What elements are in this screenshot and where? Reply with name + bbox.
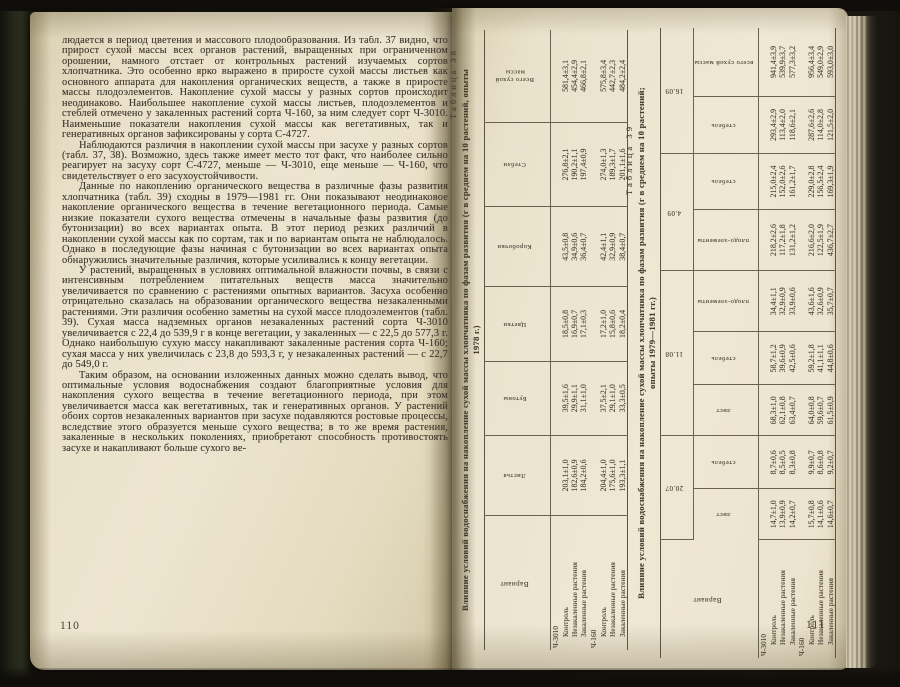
table-cell: 161,2±1,7 [788, 153, 797, 209]
table-row: Контроль14,7±1,08,7±0,668,3±1,058,7±1,23… [769, 28, 778, 658]
table-cell [758, 96, 769, 153]
table-39-title: Влияние условий водоснабжения на накопле… [636, 86, 658, 600]
table-cell: 9,9±0,7 [807, 436, 816, 489]
table-cell [758, 210, 769, 271]
table-cell: 8,6±0,8 [816, 436, 825, 489]
variant-column-header: Вариант [660, 540, 758, 658]
table-cell: 593,0±3,0 [826, 28, 836, 96]
book-scan: людается в период цветения и массового п… [0, 0, 900, 687]
table-row: Закаленные растения184,2±0,631,1±1,017,1… [579, 30, 588, 650]
row-label: Ч-3010 [550, 516, 561, 650]
column-header: стебель [693, 153, 758, 209]
table-cell [797, 210, 807, 271]
table-39-block: Таблица 39 Влияние условий водоснабжения… [624, 28, 850, 658]
table-cell [589, 122, 599, 206]
table-cell: 218,2±2,6 [769, 210, 778, 271]
table-cell [589, 435, 599, 515]
table-cell [797, 96, 807, 153]
table-cell: 436,7±2,7 [826, 210, 836, 271]
table-cell [797, 153, 807, 209]
row-label: Ч-160 [589, 516, 599, 650]
column-header-label: стебель [711, 459, 735, 466]
date-group-header: 20.07 [660, 436, 693, 540]
page-fore-edge [846, 16, 878, 668]
column-header-label: лист [716, 511, 730, 518]
table-cell: 42,4±1,1 [599, 207, 608, 287]
table-cell: 581,4±3,1 [561, 30, 570, 122]
table-cell [797, 489, 807, 540]
column-header-label: Коробочки [497, 243, 532, 250]
table-row: Ч-160 [797, 28, 807, 658]
table-cell [550, 287, 561, 361]
table-row: Незакаленные растения175,6±1,029,1±1,015… [608, 30, 617, 650]
bottom-shadow [0, 668, 900, 687]
table-row: Незакаленные растения14,1±0,68,6±0,859,6… [816, 28, 825, 658]
table-cell: 182,6±0,9 [570, 435, 579, 515]
table-cell: 14,1±0,6 [816, 489, 825, 540]
row-label: Контроль [769, 540, 778, 658]
table-cell [550, 30, 561, 122]
table-cell: 43,5±0,8 [561, 207, 570, 287]
row-label: Закаленные растения [826, 540, 836, 658]
column-header: стебель [693, 96, 758, 153]
table-cell [797, 28, 807, 96]
table-cell: 34,9±0,6 [570, 207, 579, 287]
book-cover-edge [0, 0, 32, 687]
table-cell: 68,3±1,0 [769, 385, 778, 436]
row-label: Незакаленные растения [778, 540, 787, 658]
table-cell: 36,4±0,7 [579, 207, 588, 287]
row-label: Контроль [807, 540, 816, 658]
table-cell [589, 361, 599, 435]
table-cell: 29,1±1,0 [608, 361, 617, 435]
row-label: Закаленные растения [579, 516, 588, 650]
table-cell: 169,3±1,9 [826, 153, 836, 209]
table-cell: 175,6±1,0 [608, 435, 617, 515]
table-cell: 35,7±0,7 [826, 271, 836, 332]
table-cell: 293,4±2,9 [769, 96, 778, 153]
table-cell: 197,4±0,9 [579, 122, 588, 206]
table-cell: 31,1±1,0 [579, 361, 588, 435]
column-header-label: плодо-элементы [697, 298, 749, 305]
column-header-label: всего сухой массы [694, 58, 753, 65]
table-cell: 204,4±1,0 [599, 435, 608, 515]
table-cell: 956,4±3,4 [807, 28, 816, 96]
column-header-label: 11.08 [665, 350, 683, 357]
table-cell [797, 385, 807, 436]
table-cell: 184,2±0,6 [579, 435, 588, 515]
table-cell: 29,9±1,1 [570, 361, 579, 435]
table-cell [797, 436, 807, 489]
table-cell: 8,7±0,6 [769, 436, 778, 489]
table-cell: 44,8±0,6 [826, 332, 836, 385]
table-row: Закаленные растения14,2±0,78,3±0,863,4±0… [788, 28, 797, 658]
column-header: Листья [484, 435, 550, 515]
paragraph: Наблюдаются различия в накоплении сухой … [62, 141, 448, 183]
table-cell: 61,5±0,9 [826, 385, 836, 436]
column-header: стебель [693, 436, 758, 489]
column-header-label: плодо-элементы [697, 236, 749, 243]
table-cell [550, 361, 561, 435]
table-39: Вариант20.0711.084.0916.09листстебельлис… [660, 28, 837, 658]
table-cell: 122,5±1,9 [816, 210, 825, 271]
table-cell: 189,3±1,7 [608, 122, 617, 206]
table-cell: 63,4±0,7 [788, 385, 797, 436]
row-label: Ч-160 [797, 540, 807, 658]
table-row: Закаленные растения14,6±0,79,2±0,761,5±0… [826, 28, 836, 658]
table-cell [589, 207, 599, 287]
table-cell: 17,2±1,0 [599, 287, 608, 361]
page-text: людается в период цветения и массового п… [62, 36, 448, 530]
table-cell: 941,4±3,9 [769, 28, 778, 96]
table-cell [758, 271, 769, 332]
table-cell: 229,0±2,8 [807, 153, 816, 209]
column-header: стебель [693, 332, 758, 385]
table-row: Ч-3010 [550, 30, 561, 650]
column-header-label: 20.07 [665, 484, 683, 491]
table-cell: 215,0±2,4 [769, 153, 778, 209]
page-number-right: 111 [806, 619, 825, 631]
table-cell [758, 332, 769, 385]
table-row: Ч-160 [589, 30, 599, 650]
table-cell: 17,1±0,3 [579, 287, 588, 361]
row-label: Контроль [599, 516, 608, 650]
column-header: всего сухой массы [693, 28, 758, 96]
table-39-caption: Таблица 39 [624, 28, 636, 658]
table-cell: 14,7±1,0 [769, 489, 778, 540]
paragraph: Данные по накоплению органического вещес… [62, 182, 448, 266]
table-cell [797, 271, 807, 332]
table-cell: 442,7±2,3 [608, 30, 617, 122]
table-cell: 62,1±0,8 [778, 385, 787, 436]
table-cell [550, 435, 561, 515]
column-header-label: лист [716, 407, 730, 414]
table-cell [758, 489, 769, 540]
table-cell: 59,2±1,8 [807, 332, 816, 385]
column-header: Вариант [484, 516, 550, 650]
table-cell: 117,2±1,8 [778, 210, 787, 271]
table-cell: 39,6±0,9 [778, 332, 787, 385]
table-row: Ч-3010 [758, 28, 769, 658]
table-cell: 152,0±2,6 [778, 153, 787, 209]
table-cell: 276,8±2,1 [561, 122, 570, 206]
table-cell: 64,0±0,8 [807, 385, 816, 436]
table-cell: 42,5±0,6 [788, 332, 797, 385]
paragraph: У растений, выращенных в условиях оптима… [62, 266, 448, 371]
table-cell [797, 332, 807, 385]
table-cell: 274,0±1,3 [599, 122, 608, 206]
table-cell: 58,7±1,2 [769, 332, 778, 385]
table-cell: 118,6±2,1 [788, 96, 797, 153]
table-cell: 32,9±0,9 [778, 271, 787, 332]
table-cell: 156,5±2,4 [816, 153, 825, 209]
column-header-label: Всего сухой массы [485, 69, 545, 84]
table-cell: 15,7±0,8 [807, 489, 816, 540]
table-cell: 121,5±2,0 [826, 96, 836, 153]
table-cell: 15,8±0,6 [608, 287, 617, 361]
column-header-label: Цветки [503, 320, 526, 327]
column-header-label: 16.09 [665, 87, 683, 94]
table-38-title: Влияние условий водоснабжения на накопле… [460, 64, 482, 616]
table-cell: 287,6±2,6 [807, 96, 816, 153]
column-header-label: стебель [711, 355, 735, 362]
paragraph: Таким образом, на основании изложенных д… [62, 371, 448, 455]
table-cell: 113,4±2,0 [778, 96, 787, 153]
table-cell [758, 153, 769, 209]
column-header: лист [693, 385, 758, 436]
column-header-label: Стебли [503, 161, 526, 168]
table-cell: 203,1±1,0 [561, 435, 570, 515]
table-cell: 9,2±0,7 [826, 436, 836, 489]
row-label: Незакаленные растения [608, 516, 617, 650]
table-cell: 8,3±0,8 [788, 436, 797, 489]
date-group-header: 4.09 [660, 153, 693, 270]
table-cell: 575,8±3,4 [599, 30, 608, 122]
column-header-label: Листья [503, 472, 526, 479]
table-cell: 33,9±0,6 [788, 271, 797, 332]
table-cell: 59,6±0,7 [816, 385, 825, 436]
table-cell: 32,6±0,9 [816, 271, 825, 332]
table-cell [550, 122, 561, 206]
table-cell: 39,5±1,6 [561, 361, 570, 435]
table-row: Контроль203,1±1,039,5±1,618,5±0,843,5±0,… [561, 30, 570, 650]
table-cell: 34,4±1,1 [769, 271, 778, 332]
table-cell: 549,0±2,9 [816, 28, 825, 96]
table-cell [550, 207, 561, 287]
table-cell: 131,2±1,2 [788, 210, 797, 271]
table-cell: 190,2±1,1 [570, 122, 579, 206]
table-cell: 577,3±3,2 [788, 28, 797, 96]
column-header-label: 4.09 [667, 208, 681, 215]
row-label: Незакаленные растения [816, 540, 825, 658]
table-cell [758, 436, 769, 489]
column-header: Бутоны [484, 361, 550, 435]
table-cell [758, 385, 769, 436]
date-group-header: 16.09 [660, 28, 693, 153]
column-header: лист [693, 489, 758, 540]
table-cell: 539,9±3,7 [778, 28, 787, 96]
column-header: Всего сухой массы [484, 30, 550, 122]
table-cell: 41,1±1,1 [816, 332, 825, 385]
column-header: плодо-элементы [693, 210, 758, 271]
table-row: Контроль15,7±0,89,9±0,764,0±0,859,2±1,84… [807, 28, 816, 658]
table-cell: 454,4±2,9 [570, 30, 579, 122]
table-38-caption: Таблица 38 [448, 30, 460, 650]
table-cell: 18,5±0,8 [561, 287, 570, 361]
row-label: Незакаленные растения [570, 516, 579, 650]
column-header-label: Вариант [693, 595, 721, 602]
table-38: ВариантЛистьяБутоныЦветкиКоробочкиСтебли… [484, 30, 628, 650]
row-label: Закаленные растения [788, 540, 797, 658]
table-cell: 16,9±0,7 [570, 287, 579, 361]
table-row: Незакаленные растения182,6±0,929,9±1,116… [570, 30, 579, 650]
table-cell: 466,8±2,1 [579, 30, 588, 122]
table-cell: 37,5±2,1 [599, 361, 608, 435]
table-row: Контроль204,4±1,037,5±2,117,2±1,042,4±1,… [599, 30, 608, 650]
table-cell: 13,9±0,9 [778, 489, 787, 540]
table-cell [589, 30, 599, 122]
table-cell: 32,9±0,9 [608, 207, 617, 287]
table-cell [589, 287, 599, 361]
table-cell: 114,0±2,8 [816, 96, 825, 153]
page-number-left: 110 [60, 620, 80, 632]
column-header-label: стебель [711, 178, 735, 185]
table-cell: 216,6±2,0 [807, 210, 816, 271]
paragraph: людается в период цветения и массового п… [62, 36, 448, 141]
date-group-header: 11.08 [660, 271, 693, 436]
column-header: Коробочки [484, 207, 550, 287]
column-header-label: Бутоны [503, 395, 527, 402]
table-cell: 14,2±0,7 [788, 489, 797, 540]
table-row: Незакаленные растения13,9±0,98,5±0,562,1… [778, 28, 787, 658]
row-label: Ч-3010 [758, 540, 769, 658]
table-cell: 14,6±0,7 [826, 489, 836, 540]
table-38-block: Таблица 38 Влияние условий водоснабжения… [448, 30, 640, 650]
row-label: Контроль [561, 516, 570, 650]
table-cell: 43,6±1,6 [807, 271, 816, 332]
column-header-label: стебель [711, 121, 735, 128]
column-header: плодо-элементы [693, 271, 758, 332]
table-cell: 8,5±0,5 [778, 436, 787, 489]
column-header: Стебли [484, 122, 550, 206]
column-header-label: Вариант [500, 579, 528, 586]
table-cell [758, 28, 769, 96]
column-header: Цветки [484, 287, 550, 361]
